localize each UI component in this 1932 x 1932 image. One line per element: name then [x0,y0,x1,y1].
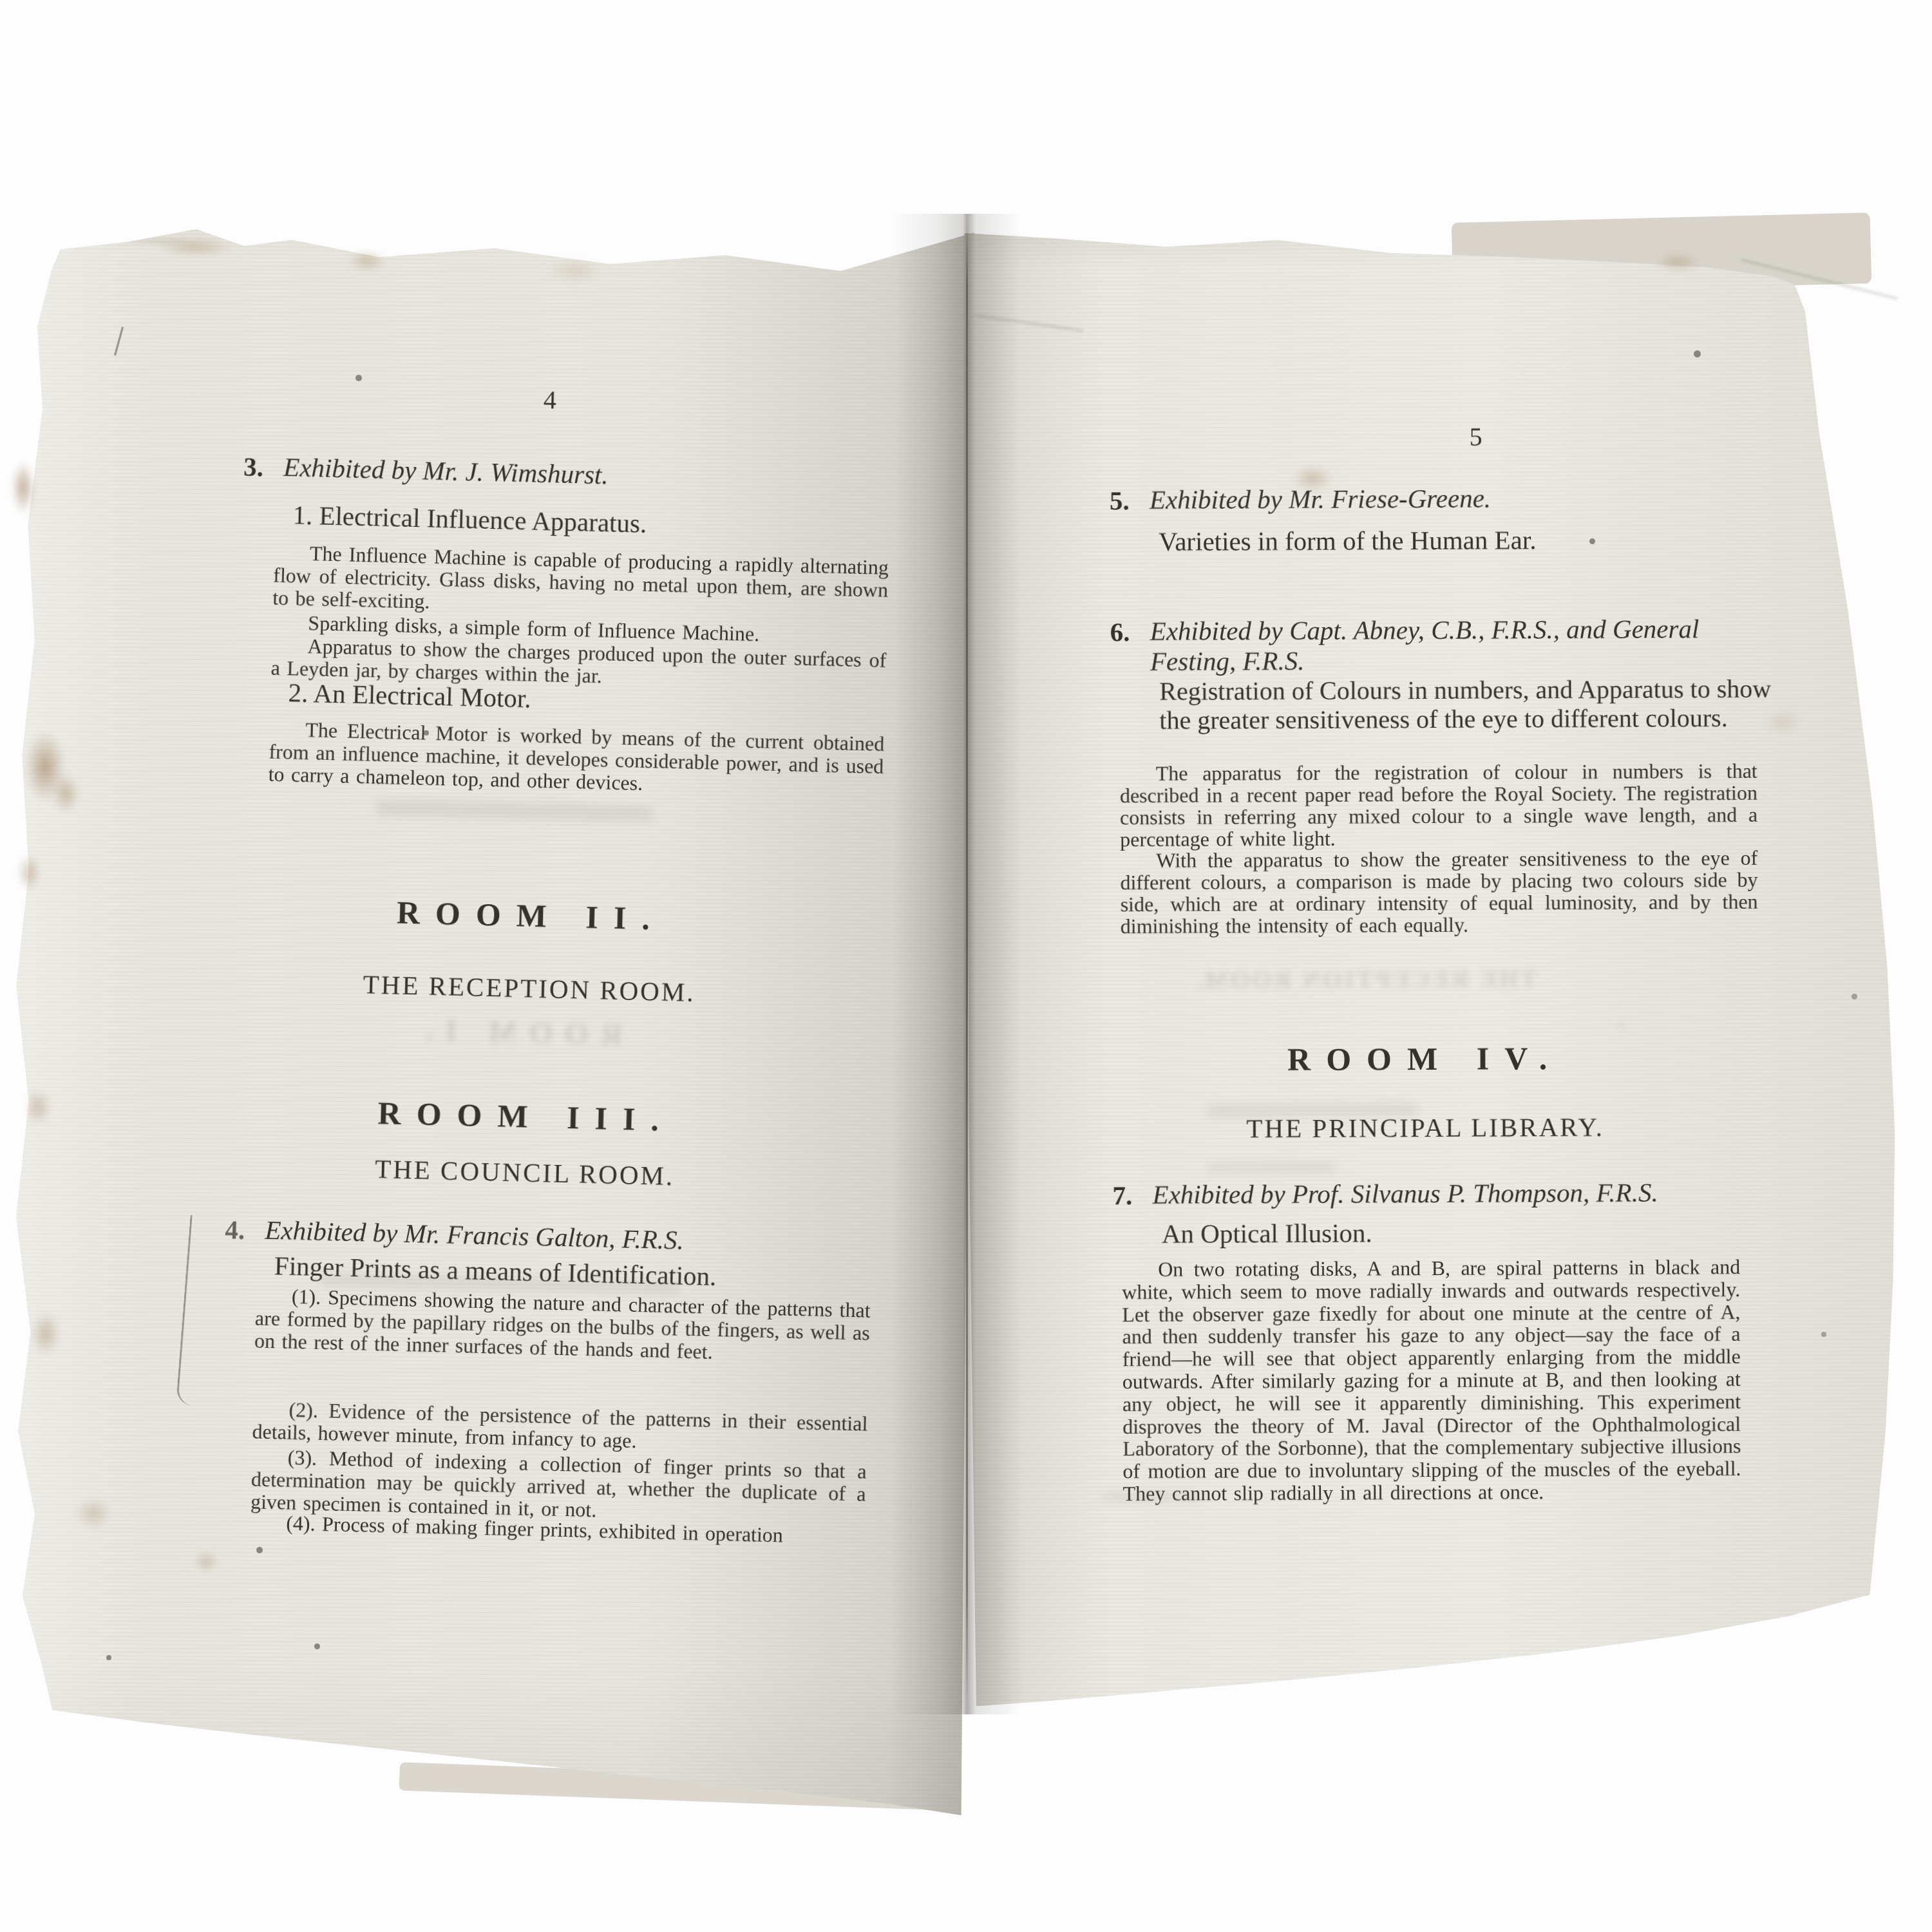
left-page: 4 3. Exhibited by Mr. J. Wimshurst. 1. E… [0,178,976,1835]
exhibit-number: 5. [1110,485,1150,516]
showthrough-smudge [375,799,653,822]
exhibit-entry: 2. An Electrical Motor. [288,677,531,714]
exhibit-item-4: 4. Exhibited by Mr. Francis Galton, F.R.… [225,1214,685,1256]
exhibit-item-6: 6. Exhibited by Capt. Abney, C.B., F.R.S… [1110,614,1762,677]
exhibit-entry: Registration of Colours in numbers, and … [1159,674,1777,735]
exhibit-entry: 1. Electrical Influence Apparatus. [292,499,647,538]
pencil-tick-mark [114,327,124,355]
exhibit-item-7: 7. Exhibited by Prof. Silvanus P. Thomps… [1113,1177,1658,1211]
exhibit-title: Exhibited by Mr. J. Wimshurst. [283,452,609,490]
spine-fold-line [966,227,968,1701]
exhibit-item-3: 3. Exhibited by Mr. J. Wimshurst. [243,451,609,491]
left-page-content: 4 3. Exhibited by Mr. J. Wimshurst. 1. E… [0,171,987,1842]
open-book-photo: 4 3. Exhibited by Mr. J. Wimshurst. 1. E… [0,0,1932,1932]
right-page-content: 5 5. Exhibited by Mr. Friese-Greene. Var… [963,207,1900,1705]
showthrough-text: THE RECEPTION ROOM. [1194,965,1537,994]
paragraph: On two rotating disks, A and B, are spir… [1122,1256,1741,1505]
room-heading: ROOM III. [377,1094,675,1139]
room-heading: ROOM IV. [1287,1039,1562,1078]
exhibit-title: Exhibited by Prof. Silvanus P. Thompson,… [1153,1177,1658,1209]
paragraph: The apparatus for the registration of co… [1120,760,1758,850]
showthrough-smudge [1206,1163,1335,1173]
exhibit-item-5: 5. Exhibited by Mr. Friese-Greene. [1110,484,1491,516]
paragraph: With the apparatus to show the greater s… [1120,847,1758,937]
exhibit-entry: Varieties in form of the Human Ear. [1159,524,1537,557]
room-name: THE COUNCIL ROOM. [375,1153,675,1191]
page-number: 5 [1443,421,1508,451]
right-page: 5 5. Exhibited by Mr. Friese-Greene. Var… [961,207,1901,1707]
paragraph: (1). Specimens showing the nature and ch… [254,1284,871,1367]
page-number: 4 [517,384,582,415]
exhibit-number: 6. [1110,616,1150,647]
room-name: THE PRINCIPAL LIBRARY. [1246,1112,1604,1144]
paragraph: The Influence Machine is capable of prod… [272,542,889,624]
room-name: THE RECEPTION ROOM. [363,969,696,1008]
room-heading: ROOM II. [396,894,665,938]
exhibit-number: 3. [243,451,284,484]
paragraph: The Electrical Motor is worked by means … [268,718,884,800]
exhibit-number: 7. [1113,1180,1153,1211]
exhibit-entry: An Optical Illusion. [1162,1217,1372,1249]
exhibit-title: Exhibited by Capt. Abney, C.B., F.R.S., … [1150,614,1762,677]
showthrough-smudge [1101,1493,1201,1502]
pencil-margin-line [176,1215,207,1405]
exhibit-title: Exhibited by Mr. Friese-Greene. [1150,484,1491,515]
exhibit-number: 4. [225,1214,265,1246]
exhibit-title: Exhibited by Mr. Francis Galton, F.R.S. [265,1215,685,1256]
showthrough-text: ROOM I. [414,1012,623,1053]
